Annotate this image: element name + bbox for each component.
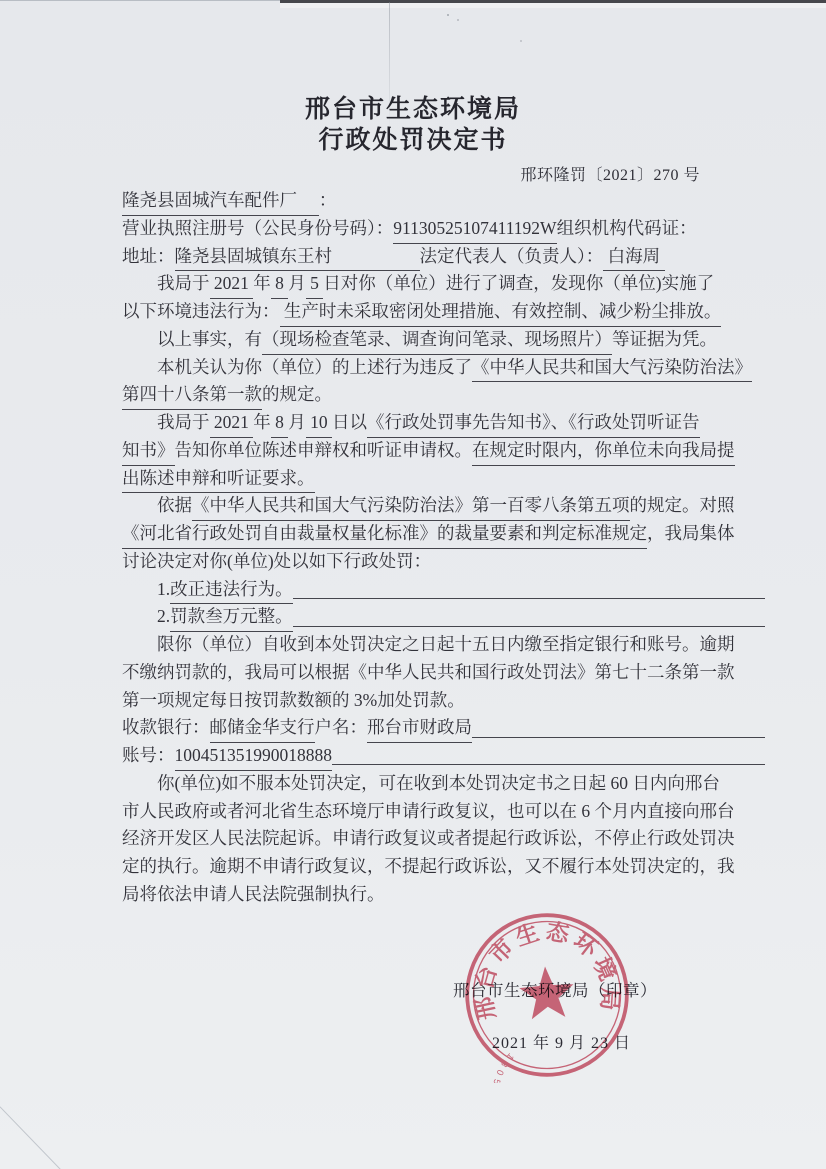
text-segment: 的规定。对照 [630,492,735,520]
text-segment: 法定代表人（负责人）： [420,243,604,271]
scanned-document-page: 邢台市生态环境局 行政处罚决定书 邢环隆罚〔2021〕270 号 隆尧县固城汽车… [0,0,826,1169]
underlined-text: 8 [271,409,289,438]
document-number: 邢环隆罚〔2021〕270 号 [520,162,700,185]
underlined-text [332,243,420,272]
underlined-text: 5 [306,270,324,299]
document-line: 隆尧县固城汽车配件厂 ： [122,187,765,215]
document-line: 经济开发区人民法院起诉。申请行政复议或者提起行政诉讼，不停止行政处罚决 [122,825,765,853]
scan-speck [520,40,522,42]
text-segment: 年 [253,270,271,298]
underlined-text: 知书》 [122,437,175,466]
text-segment: 定的执行。逾期不申请行政复议，不提起行政诉讼，又不履行本处罚决定的，我 [122,853,735,881]
underlined-text: 邮储金华支行 [210,714,315,743]
text-segment: 1. [122,576,170,604]
document-line: 第一项规定每日按罚款数额的 3%加处罚款。 [122,687,765,715]
text-segment: 日对你（单位）进行了调查，发现你（单位)实施了 [323,270,714,298]
document-line: 《河北省行政处罚自由裁量权量化标准》的裁量要素和判定标准规定，我局集体 [122,520,765,548]
blank-underline [472,737,765,738]
document-line: 局将依法申请人民法院强制执行。 [122,881,765,909]
paper-crease [0,1103,63,1169]
document-line: 地址：隆尧县固城镇东王村 法定代表人（负责人）： 白海周 [122,243,765,271]
document-line: 讨论决定对你(单位)处以如下行政处罚： [122,548,765,576]
text-segment: 2. [122,603,170,631]
text-segment: 的规定。 [262,381,332,409]
underlined-text: 改正违法行为。 [170,576,293,605]
document-line: 知书》告知你单位陈述申辩权和听证申请权。在规定时限内，你单位未向我局提 [122,437,765,465]
text-segment: 经济开发区人民法院起诉。申请行政复议或者提起行政诉讼，不停止行政处罚决 [122,825,735,853]
text-segment: 局将依法申请人民法院强制执行。 [122,881,385,909]
scan-edge-artifact [0,0,280,1]
underlined-text: 生产时未采取密闭处理措施、有效控制、减少粉尘排放。 [280,298,722,327]
document-line: 账号：100451351990018888 [122,742,765,770]
text-segment: 你(单位)如不服本处罚决定，可在收到本处罚决定书之日起 60 日内向邢台 [122,770,720,798]
text-segment: 讨论决定对你(单位)处以如下行政处罚： [122,548,431,576]
document-line: 你(单位)如不服本处罚决定，可在收到本处罚决定书之日起 60 日内向邢台 [122,770,765,798]
text-segment: 本机关认为你（单位）的上述行为违反了 [122,354,472,382]
document-line: 以上事实，有（现场检查笔录、调查询问笔录、现场照片）等证据为凭。 [122,326,765,354]
underlined-text [297,187,319,216]
text-segment: 月 [288,409,306,437]
document-title: 邢台市生态环境局 行政处罚决定书 [0,94,826,156]
blank-underline [293,626,765,627]
text-segment: 告知你单位陈述申辩权和听证申请权。 [175,437,473,465]
underlined-text: 10 [306,409,332,438]
text-segment: ： [319,187,337,215]
underlined-text: 白海周 [603,243,664,272]
document-body: 隆尧县固城汽车配件厂 ：营业执照注册号（公民身份号码）：911305251074… [122,187,765,909]
underlined-text: 《中华人民共和国大气污染防治法》第一百零八条第五项 [192,492,630,521]
document-line: 依据《中华人民共和国大气污染防治法》第一百零八条第五项的规定。对照 [122,492,765,520]
underlined-text: 邢台市财政局 [367,714,472,743]
text-segment: 日以 [332,409,367,437]
text-segment: 不缴纳罚款的，我局可以根据《中华人民共和国行政处罚法》第七十二条第一款 [122,659,735,687]
blank-underline [293,598,765,599]
text-segment: 收款银行： [122,714,210,742]
underlined-text: 在规定时限内，你单位未向我局提 [472,437,735,466]
title-line-2: 行政处罚决定书 [0,125,826,156]
title-line-1: 邢台市生态环境局 [0,94,826,125]
text-segment: 我局于 [122,270,210,298]
underlined-text: 8 [271,270,289,299]
document-line: 第四十八条第一款的规定。 [122,381,765,409]
official-red-seal: 邢台市生态环境局 1305018805313 [457,905,636,1084]
document-line: 限你（单位）自收到本处罚决定之日起十五日内缴至指定银行和账号。逾期 [122,631,765,659]
document-line: 定的执行。逾期不申请行政复议，不提起行政诉讼，又不履行本处罚决定的，我 [122,853,765,881]
document-line: 营业执照注册号（公民身份号码）：91130525107411192W组织机构代码… [122,215,765,243]
underlined-text: 91130525107411192W [393,215,556,244]
text-segment: ，我局集体 [647,520,735,548]
text-segment: 以上事实，有 [122,326,262,354]
document-line: 不缴纳罚款的，我局可以根据《中华人民共和国行政处罚法》第七十二条第一款 [122,659,765,687]
scan-edge-artifact [280,3,826,8]
text-segment: 第一项规定每日按罚款数额的 3%加处罚款。 [122,687,465,715]
text-segment: 月 [288,270,306,298]
underlined-text: 隆尧县固城汽车配件厂 [122,187,297,216]
underlined-text: 2021 [210,270,254,299]
underlined-text: 《河北省行政处罚自由裁量权量化标准》的裁量要素和判定标准规定 [122,520,647,549]
text-segment: 组织机构代码证： [557,215,697,243]
text-segment: 地址： [122,243,175,271]
underlined-text: 100451351990018888 [175,742,333,771]
document-line: 1.改正违法行为。 [122,576,765,604]
underlined-text: 出陈述申辩和听证要求。 [122,465,315,494]
text-segment: 账号： [122,742,175,770]
text-segment: 年 [253,409,271,437]
document-line: 出陈述申辩和听证要求。 [122,465,765,493]
underlined-text: 第四十八条第一款 [122,381,262,410]
document-line: 收款银行：邮储金华支行户名：邢台市财政局 [122,714,765,742]
underlined-text: 罚款叁万元整。 [170,603,293,632]
document-line: 以下环境违法行为： 生产时未采取密闭处理措施、有效控制、减少粉尘排放。 [122,298,765,326]
text-segment: 我局于 [122,409,210,437]
document-line: 我局于 2021 年 8 月 10 日以《行政处罚事先告知书》、《行政处罚听证告 [122,409,765,437]
document-line: 2.罚款叁万元整。 [122,603,765,631]
text-segment: 户名： [315,714,368,742]
underlined-text: 《中华人民共和国大气污染防治法》 [472,354,752,383]
document-line: 本机关认为你（单位）的上述行为违反了《中华人民共和国大气污染防治法》 [122,354,765,382]
underlined-text: 隆尧县固城镇东王村 [175,243,333,272]
text-segment: 市人民政府或者河北省生态环境厅申请行政复议，也可以在 6 个月内直接向邢台 [122,798,735,826]
text-segment: 营业执照注册号（公民身份号码）： [122,215,393,243]
seal-star-icon [518,965,576,1020]
underlined-text: 《行政处罚事先告知书》、《行政处罚听证告 [367,409,700,438]
text-segment: 以下环境违法行为： [122,298,280,326]
text-segment: 等证据为凭。 [612,326,717,354]
document-line: 我局于 2021 年 8 月 5 日对你（单位）进行了调查，发现你（单位)实施了 [122,270,765,298]
scan-speck [457,19,459,21]
underlined-text: （现场检查笔录、调查询问笔录、现场照片） [262,326,612,355]
blank-underline [332,764,765,765]
text-segment: 依据 [122,492,192,520]
document-line: 市人民政府或者河北省生态环境厅申请行政复议，也可以在 6 个月内直接向邢台 [122,798,765,826]
text-segment: 限你（单位）自收到本处罚决定之日起十五日内缴至指定银行和账号。逾期 [122,631,735,659]
scan-speck [447,14,449,16]
underlined-text: 2021 [210,409,254,438]
